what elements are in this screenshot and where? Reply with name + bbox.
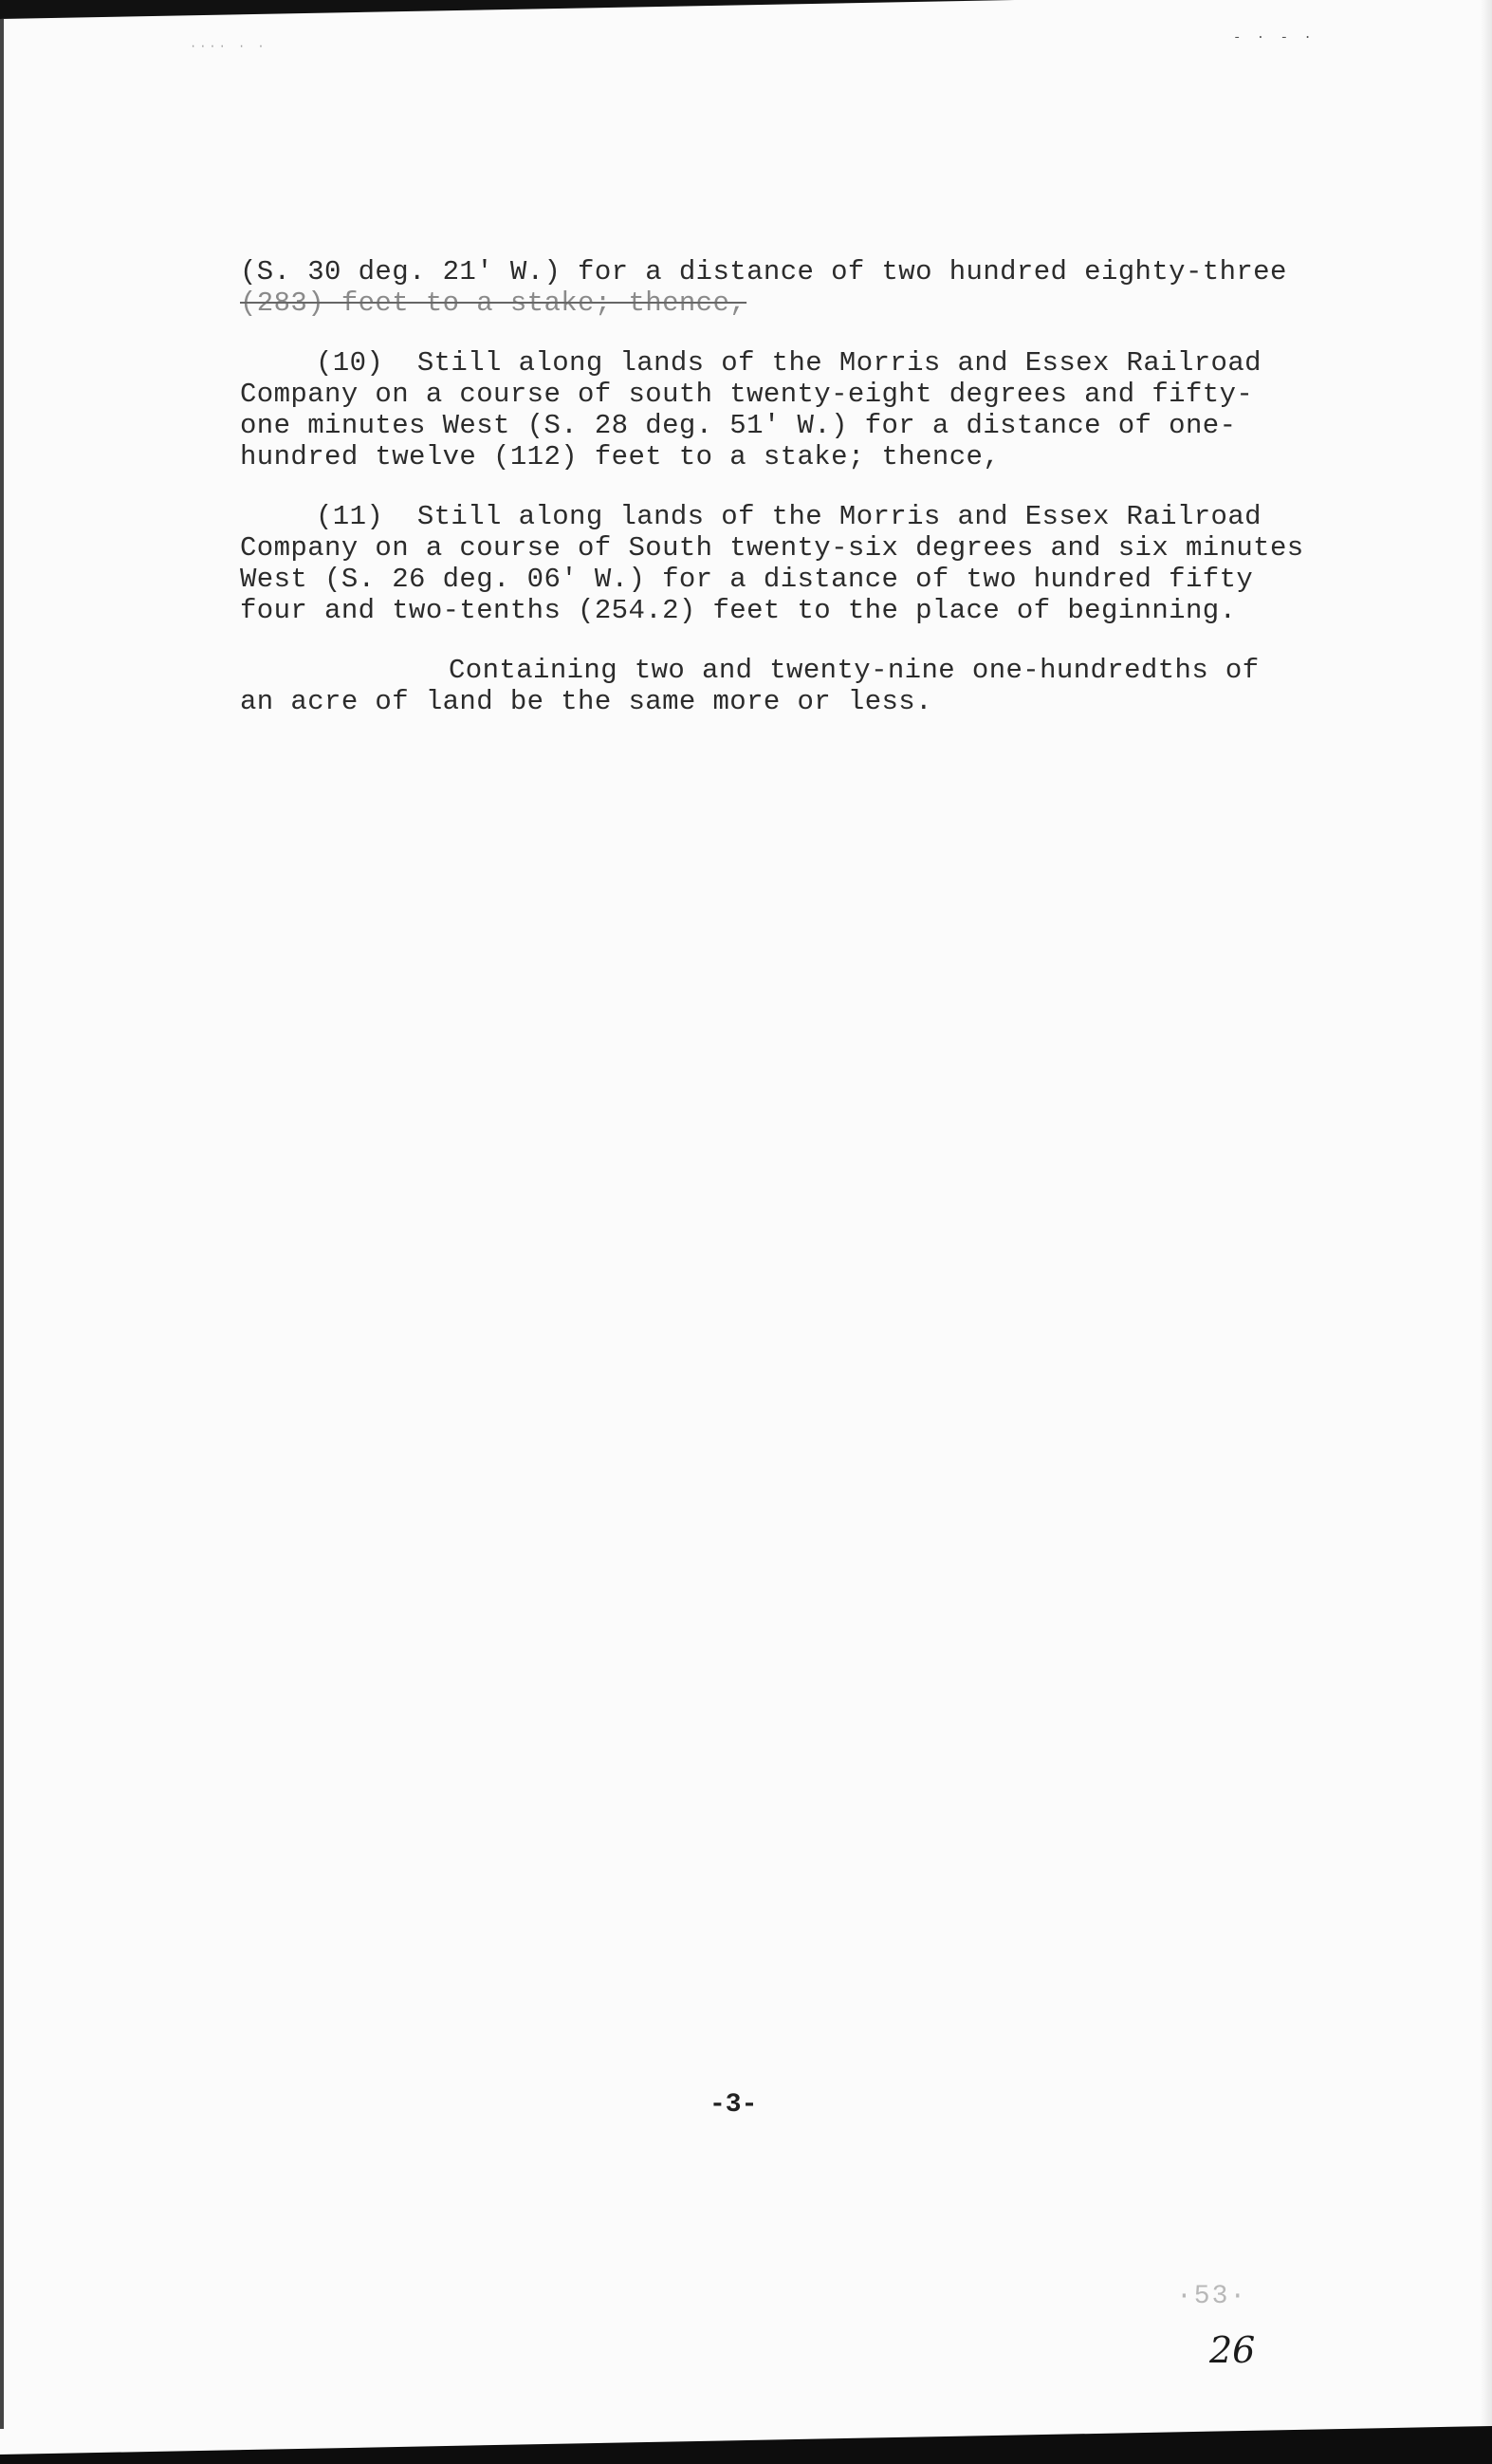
text-line: (10) Still along lands of the Morris and… xyxy=(240,347,1426,379)
scan-left-edge xyxy=(0,19,4,2429)
faded-stamp: ·53· xyxy=(1176,2282,1247,2311)
paragraph-acreage: Containing two and twenty-nine one-hundr… xyxy=(240,655,1426,717)
paragraph-number: (11) xyxy=(316,501,383,532)
handwritten-note: 26 xyxy=(1209,2329,1255,2371)
document-body: (S. 30 deg. 21' W.) for a distance of tw… xyxy=(240,256,1426,746)
text-line: hundred twelve (112) feet to a stake; th… xyxy=(240,441,1426,472)
text-line: four and two-tenths (254.2) feet to the … xyxy=(240,595,1426,626)
text-line: West (S. 26 deg. 06' W.) for a distance … xyxy=(240,564,1426,595)
paragraph-number: (10) xyxy=(316,347,383,379)
text-span: Still along lands of the Morris and Esse… xyxy=(417,347,1262,379)
text-line: an acre of land be the same more or less… xyxy=(240,686,1426,717)
header-marks-right: - · - · xyxy=(1233,30,1316,46)
paragraph-10: (10) Still along lands of the Morris and… xyxy=(240,347,1426,472)
scan-right-edge xyxy=(1481,0,1492,2464)
text-line: Company on a course of South twenty-six … xyxy=(240,532,1426,564)
header-marks-left: ···· · · xyxy=(190,40,267,53)
scan-top-edge xyxy=(0,0,1492,19)
page-number: -3- xyxy=(709,2090,757,2120)
text-line: one minutes West (S. 28 deg. 51' W.) for… xyxy=(240,410,1426,441)
text-span: Still along lands of the Morris and Esse… xyxy=(417,501,1262,532)
text-line: Company on a course of south twenty-eigh… xyxy=(240,379,1426,410)
paragraph-continuation: (S. 30 deg. 21' W.) for a distance of tw… xyxy=(240,256,1426,319)
paragraph-11: (11) Still along lands of the Morris and… xyxy=(240,501,1426,626)
scan-bottom-edge xyxy=(0,2426,1492,2464)
text-line-faded: (283) feet to a stake; thence, xyxy=(240,287,1426,319)
text-line: Containing two and twenty-nine one-hundr… xyxy=(240,655,1426,686)
text-line: (11) Still along lands of the Morris and… xyxy=(240,501,1426,532)
text-line: (S. 30 deg. 21' W.) for a distance of tw… xyxy=(240,256,1426,287)
